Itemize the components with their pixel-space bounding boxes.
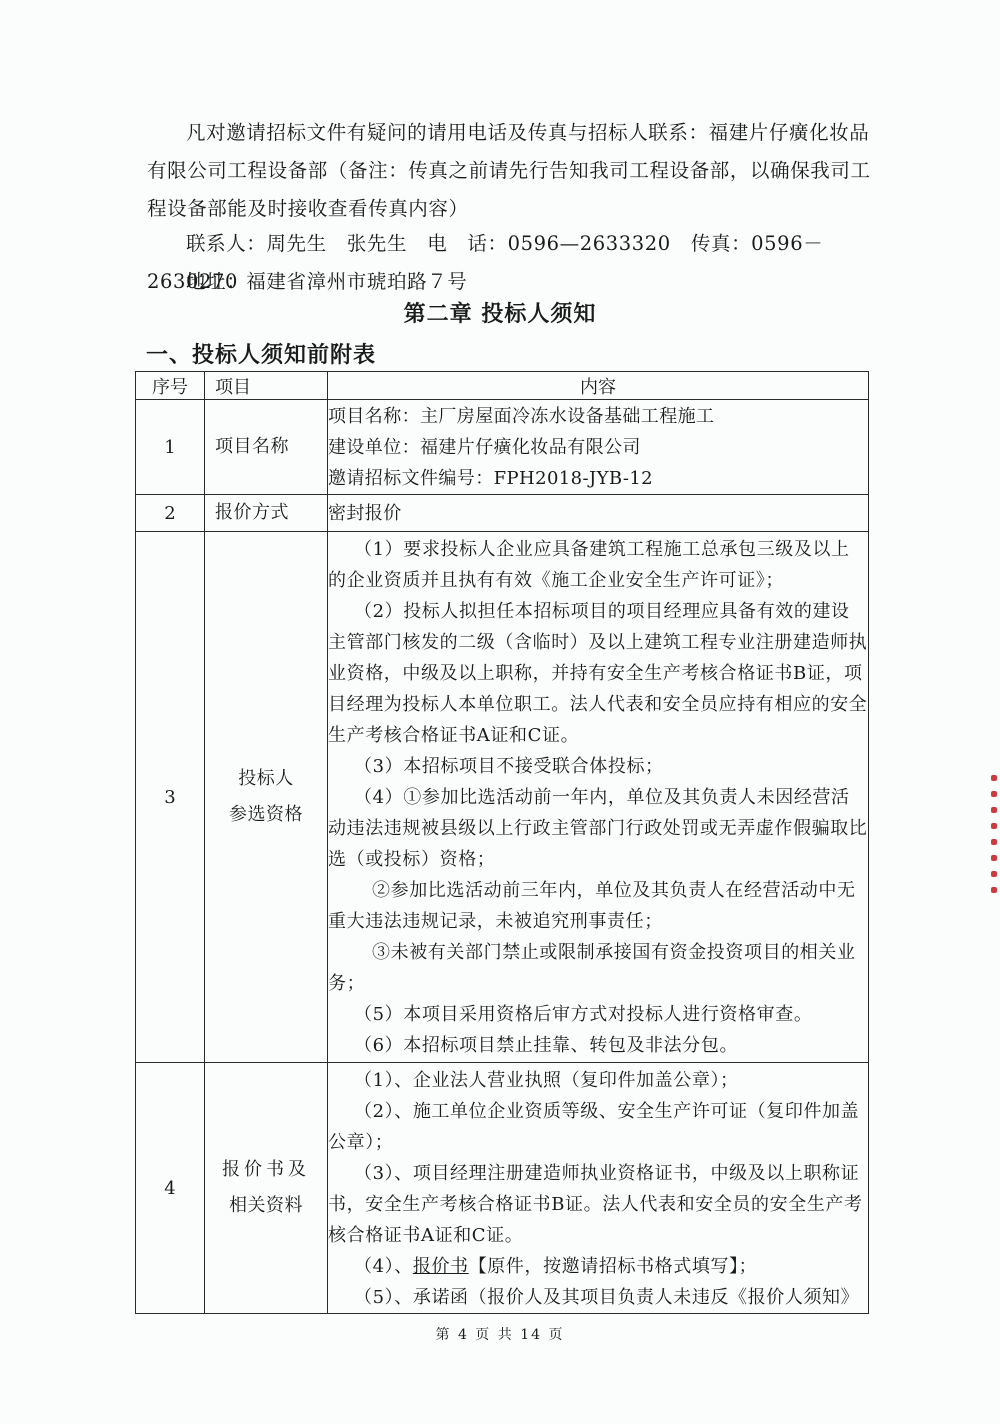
bidder-instructions-table: 序号 项目 内容 1 项目名称 项目名称：主厂房屋面冷冻水设备基础工程施工 建设…: [135, 371, 869, 1314]
table-row: 2 报价方式 密封报价: [136, 495, 869, 532]
qualification-4-3: ③未被有关部门禁止或限制承接国有资金投资项目的相关业务；: [328, 937, 868, 999]
row-no: 3: [136, 532, 205, 1063]
row-content: 项目名称：主厂房屋面冷冻水设备基础工程施工 建设单位：福建片仔癀化妆品有限公司 …: [328, 400, 869, 495]
table-row: 1 项目名称 项目名称：主厂房屋面冷冻水设备基础工程施工 建设单位：福建片仔癀化…: [136, 400, 869, 495]
document-2: （2）、施工单位企业资质等级、安全生产许可证（复印件加盖公章）；: [328, 1096, 868, 1158]
table-row: 3 投标人 参选资格 （1）要求投标人企业应具备建筑工程施工总承包三级及以上的企…: [136, 532, 869, 1063]
document-1: （1）、企业法人营业执照（复印件加盖公章）；: [328, 1065, 868, 1096]
intro-paragraph: 凡对邀请招标文件有疑问的请用电话及传真与招标人联系：福建片仔癀化妆品有限公司工程…: [147, 114, 877, 228]
qualification-5: （5）本项目采用资格后审方式对投标人进行资格审查。: [328, 999, 868, 1030]
content-line: 项目名称：主厂房屋面冷冻水设备基础工程施工: [328, 401, 868, 432]
row-no: 4: [136, 1063, 205, 1314]
qualification-4-1: （4）①参加比选活动前一年内，单位及其负责人未因经营活动违法违规被县级以上行政主…: [328, 782, 868, 875]
header-item: 项目: [205, 372, 328, 400]
row-content: （1）要求投标人企业应具备建筑工程施工总承包三级及以上的企业资质并且执有有效《施…: [328, 532, 869, 1063]
section-title: 一、投标人须知前附表: [146, 338, 376, 369]
row-item-line: 投标人: [205, 761, 327, 797]
table-row: 4 报价书及 相关资料 （1）、企业法人营业执照（复印件加盖公章）； （2）、施…: [136, 1063, 869, 1314]
content-line: 建设单位：福建片仔癀化妆品有限公司: [328, 432, 868, 463]
document-4: （4）、报价书【原件，按邀请招标书格式填写】；: [328, 1251, 868, 1282]
row-content: （1）、企业法人营业执照（复印件加盖公章）； （2）、施工单位企业资质等级、安全…: [328, 1063, 869, 1314]
document-3: （3）、项目经理注册建造师执业资格证书，中级及以上职称证书，安全生产考核合格证书…: [328, 1158, 868, 1251]
red-seal-edge-icon: [986, 765, 1000, 905]
row-no: 1: [136, 400, 205, 495]
row-item: 项目名称: [205, 429, 327, 465]
address-line: 地址：福建省漳州市琥珀路７号: [147, 263, 877, 301]
qualification-3: （3）本招标项目不接受联合体投标；: [328, 751, 868, 782]
row-item-line: 参选资格: [205, 797, 327, 833]
content-line: 密封报价: [328, 498, 868, 529]
document-5: （5）、承诺函（报价人及其项目负责人未违反《报价人须知》: [328, 1282, 868, 1313]
chapter-title: 第二章 投标人须知: [0, 297, 1000, 328]
row-no: 2: [136, 495, 205, 532]
qualification-4-2: ②参加比选活动前三年内，单位及其负责人在经营活动中无重大违法违规记录，未被追究刑…: [328, 875, 868, 937]
qualification-6: （6）本招标项目禁止挂靠、转包及非法分包。: [328, 1030, 868, 1061]
qualification-2: （2）投标人拟担任本招标项目的项目经理应具备有效的建设主管部门核发的二级（含临时…: [328, 596, 868, 751]
quotation-underlined: 报价书: [413, 1256, 469, 1277]
header-content: 内容: [328, 372, 869, 400]
header-no: 序号: [136, 372, 205, 400]
table-header-row: 序号 项目 内容: [136, 372, 869, 400]
qualification-1: （1）要求投标人企业应具备建筑工程施工总承包三级及以上的企业资质并且执有有效《施…: [328, 534, 868, 596]
row-item-line: 报价书及: [205, 1152, 327, 1188]
content-line: 邀请招标文件编号：FPH2018-JYB-12: [328, 463, 868, 494]
row-item: 报价方式: [205, 495, 327, 531]
row-item-line: 相关资料: [205, 1188, 327, 1224]
page-number: 第 4 页 共 14 页: [0, 1324, 1000, 1344]
